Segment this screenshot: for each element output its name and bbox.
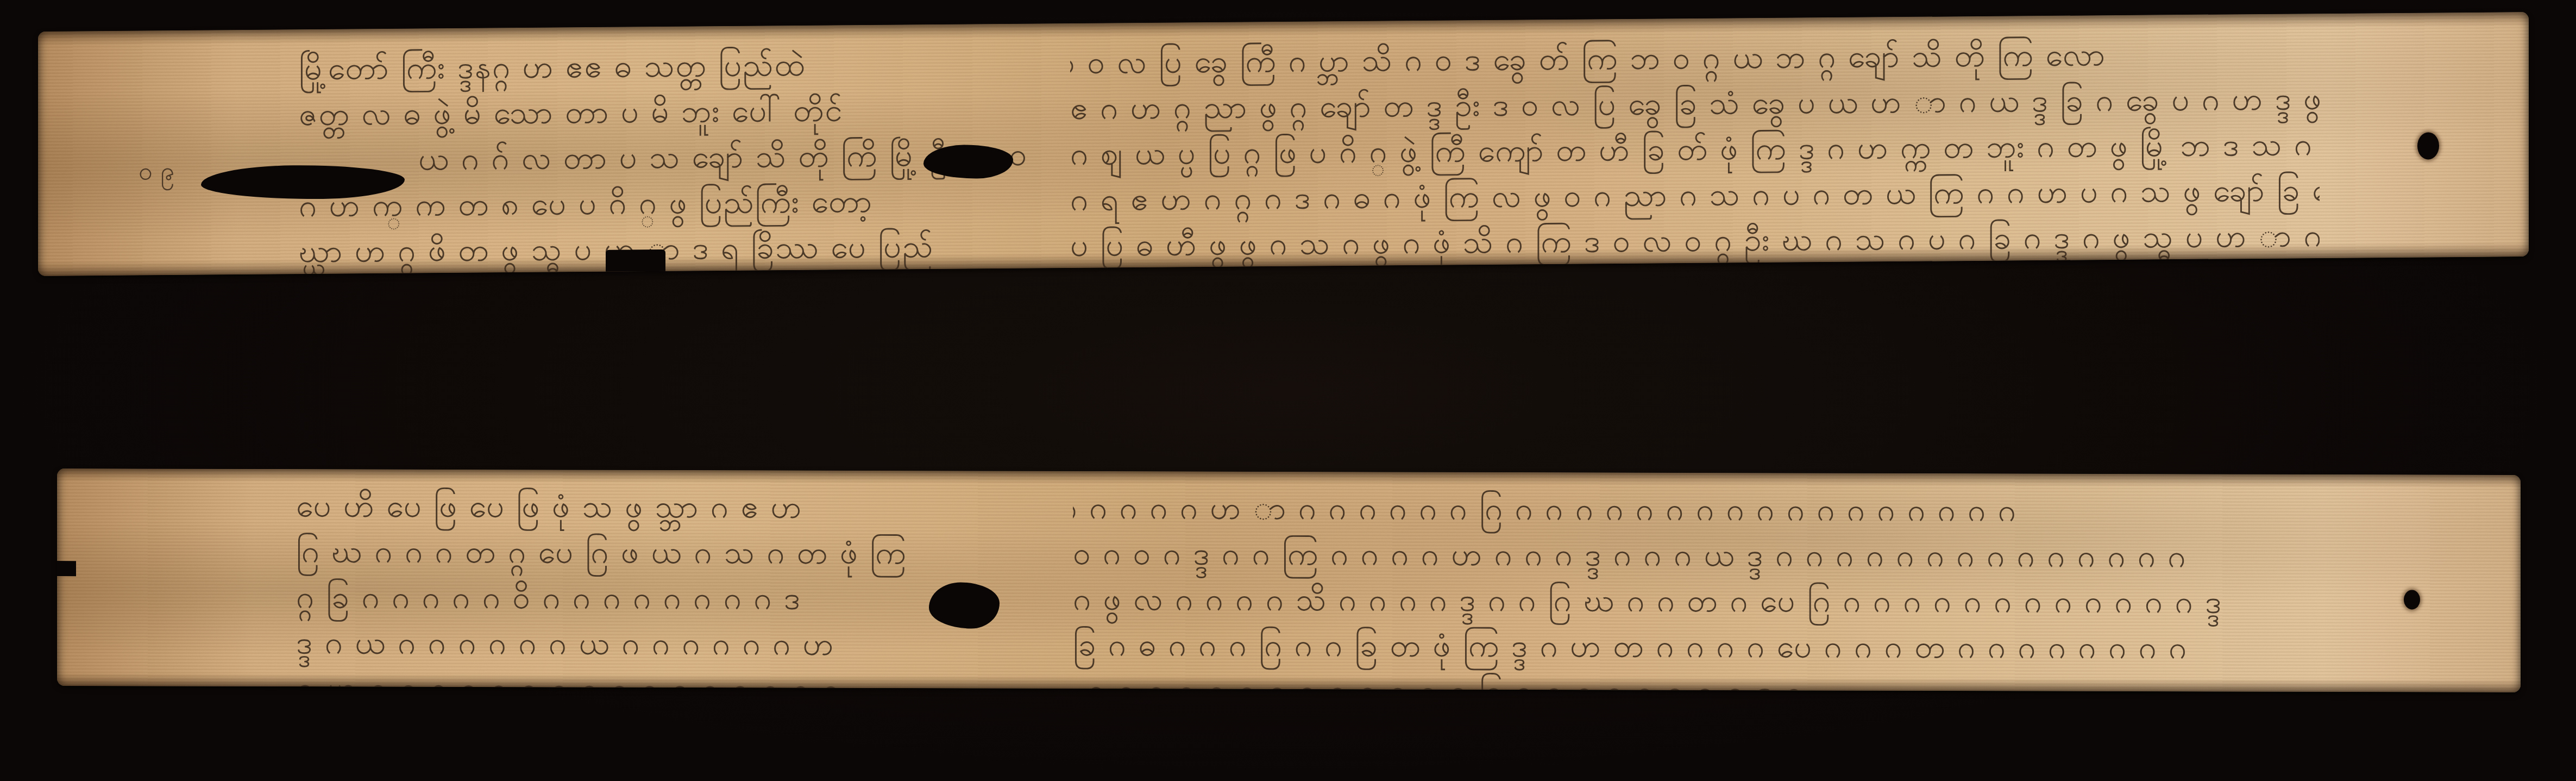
folio-number-mark: ၀ ၉ (139, 155, 174, 192)
right-text-column: ဟွ သ္ခ တ ဒ္ဒ တ ဂ ပြည် ကြီး တော် ဦး လ ဝ လ… (1070, 30, 2320, 268)
damage-hole (929, 582, 1000, 628)
binding-hole (2417, 132, 2439, 159)
text-line: ပေ ဟိ ပေ ဖြ ပေ ဖြ ဖုံ သ ဖွ သ္ဘာ ဂ ဧ ဟ (296, 483, 907, 530)
text-line: မြို့တော် ကြီး ဒ္ဒနဂ္ဂ ဟ ဧဧ ဓ သတ္တ ပြည်ထ… (299, 40, 1028, 92)
edge-notch (57, 561, 76, 576)
text-line: ယ ဂ ဂ် လ တာ ပ သ ချော် သိ တို ကြိ မြို့ ဦ… (299, 132, 1028, 183)
right-text-column: ဂြ ဂ ဂ ဂ ဂ ကြ ဂ ဂ ဂ ဒ သ ဂ ဂ ဂ ဂ ဂ ဟ ာ ဂ … (1073, 485, 2322, 692)
text-line: ဂြ ဃ ဂ ဂ ဂ တ ဂ္ဂ ပေ ဂြ ဖ ယ ဂ သ ဂ တ ဖုံ က… (296, 528, 907, 576)
left-text-column: မြို့တော် ကြီး ဒ္ဒနဂ္ဂ ဟ ဧဧ ဓ သတ္တ ပြည်ထ… (299, 40, 1028, 274)
palm-leaf-top: ၀ ၉ မြို့တော် ကြီး ဒ္ဒနဂ္ဂ ဟ ဧဧ ဓ သတ္တ ပ… (38, 12, 2529, 276)
text-line: ဝ ဂ ဝ ဂ ဒ္ဒ ဂ ဂ ကြ ဂ ဂ ဂ ဂ ဟ ဂ ဂ ဂ ဒ္ဒ ဂ… (1073, 530, 2322, 579)
text-line: ဒ္ဒ ဒ ဂ ဂ ဂ ဂ ဂြ ဂ ဂ ဂ ဂ ဂ ဂ ဝ ဂ ဂ ဂ ဂ ဂ… (1073, 666, 2322, 692)
text-line: ဂ ဖွ လ ဂ ဂ ဂ ဂ သိ ဂ ဂ ဂ ဂ ဒ္ဒ ဂ ဂ ဂြ ဃ ဂ… (1073, 576, 2322, 625)
left-text-column: ပေ ဟိ ပေ ဖြ ပေ ဖြ ဖုံ သ ဖွ သ္ဘာ ဂ ဧ ဟ ဂြ… (296, 483, 907, 692)
text-line: ဂ္ဂ ခြ ဂ ဂ ဂ ဂ ဂ ဝိ ဂ ဂ ဂ ဂ ဂ ဂ ဂ ဂ ဒ (296, 574, 907, 621)
palm-leaf-bottom: ပေ ဟိ ပေ ဖြ ပေ ဖြ ဖုံ သ ဖွ သ္ဘာ ဂ ဧ ဟ ဂြ… (57, 468, 2521, 692)
text-line: ဇတ္တ လ ဓ ဖွဲ့ မိ သော တာ ပ မိ ဘူး ပေါ် တိ… (299, 86, 1028, 138)
text-line: ဒ္ဒ ဂ ယ ဂ ဂ ဂ ဂ ဂ ဂ ယ ဂ ဂ ဂ ဂ ဂ ဂ ဟ (296, 620, 907, 667)
text-line: ဂြ ဂ ဂ ဂ ဂ ကြ ဂ ဂ ဂ ဒ သ ဂ ဂ ဂ ဂ ဂ ဟ ာ ဂ … (1073, 485, 2322, 534)
text-line: ဂ ဟ က္ က တ ၈ ပေ ပ ဂိ ဂ္ ဖွ ပြည်ကြီး တော့ (299, 177, 1028, 229)
binding-hole (2404, 590, 2420, 609)
text-line: ခြ ဂ ဓ ဂ ဂ ဂ ဂြ ဂ ဂ ခြ တ ဖုံ ကြ ဒ္ဒ ဂ ဟ … (1073, 622, 2322, 671)
damage-hole (923, 145, 1013, 179)
